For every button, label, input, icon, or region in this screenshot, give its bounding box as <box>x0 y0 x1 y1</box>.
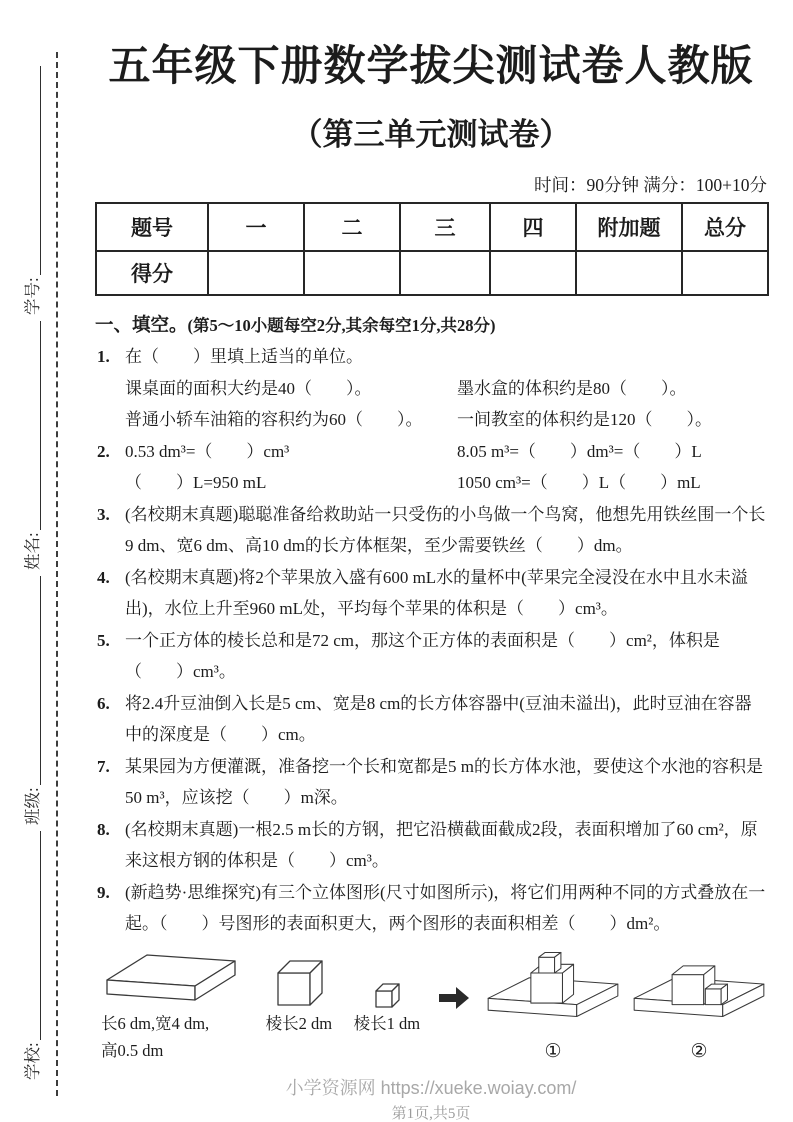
page-footer: 小学资源网 https://xueke.woiay.com/ 第1页,共5页 <box>95 1074 767 1122</box>
question-2-body: 0.53 dm³=（ ）cm³ 8.05 m³=（ ）dm³=（ ）L （ ）L… <box>125 436 767 499</box>
question-number: 9. <box>97 877 110 909</box>
question-8-text: (名校期末真题)一根2.5 m长的方钢，把它沿横截面截成2段，表面积增加了60 … <box>125 814 767 877</box>
paper-content: 五年级下册数学拔尖测试卷人教版 （第三单元测试卷） 时间：90分钟 满分：100… <box>95 0 767 1122</box>
question-1-line2: 课桌面的面积大约是40（ ）。 墨水盒的体积约是80（ ）。 <box>125 373 767 405</box>
arrow-block <box>439 984 471 1017</box>
stack-1-label: ① <box>485 1040 621 1063</box>
figure-stack-2-block: ② <box>631 946 767 1063</box>
name-label: 姓名: <box>19 532 44 570</box>
field-name: 姓名: <box>19 315 44 570</box>
question-number: 8. <box>97 814 110 846</box>
question-number: 5. <box>97 625 110 657</box>
exam-time-score-info: 时间：90分钟 满分：100+10分 <box>95 172 767 197</box>
cube-2dm-icon <box>274 956 324 1010</box>
score-table-header-row: 题号 一 二 三 四 附加题 总分 <box>96 203 768 251</box>
question-9: 9. (新趋势·思维探究)有三个立体图形(尺寸如图所示)，将它们用两种不同的方式… <box>95 877 767 940</box>
question-3-text: (名校期末真题)聪聪准备给救助站一只受伤的小鸟做一个鸟窝，他想先用铁丝围一个长9… <box>125 499 767 562</box>
question-5-text: 一个正方体的棱长总和是72 cm，那这个正方体的表面积是（ ）cm²，体积是（ … <box>125 625 767 688</box>
question-number: 1. <box>97 341 110 373</box>
section-1-heading: 一、填空。(第5～10小题每空2分,其余每空1分,共28分) <box>95 311 767 337</box>
cube-1dm-caption: 棱长1 dm <box>353 1010 421 1037</box>
student-info-fields: 学校: 班级: 姓名: 学号: <box>8 60 44 1080</box>
score-header-cell: 附加题 <box>576 203 682 251</box>
question-2-line1: 0.53 dm³=（ ）cm³ 8.05 m³=（ ）dm³=（ ）L <box>125 436 767 468</box>
question-6-text: 将2.4升豆油倒入长是5 cm、宽是8 cm的长方体容器中(豆油未溢出)，此时豆… <box>125 688 767 751</box>
page-number: 第1页,共5页 <box>95 1102 767 1122</box>
question-4-text: (名校期末真题)将2个苹果放入盛有600 mL水的量杯中(苹果完全浸没在水中且水… <box>125 562 767 625</box>
question-2-item-c: （ ）L=950 mL <box>125 467 457 499</box>
stack-arrangement-2-icon <box>631 946 767 1038</box>
page-subtitle: （第三单元测试卷） <box>95 109 767 154</box>
score-cell <box>576 251 682 295</box>
question-list: 1. 在（ ）里填上适当的单位。 课桌面的面积大约是40（ ）。 墨水盒的体积约… <box>95 341 767 940</box>
student-info-sidebar: 学校: 班级: 姓名: 学号: <box>0 0 62 1122</box>
question-number: 7. <box>97 751 110 783</box>
question-9-text: (新趋势·思维探究)有三个立体图形(尺寸如图所示)，将它们用两种不同的方式叠放在… <box>125 877 767 940</box>
score-header-cell: 题号 <box>96 203 208 251</box>
figure-cuboid-block: 长6 dm,宽4 dm, 高0.5 dm <box>101 946 241 1064</box>
field-class: 班级: <box>19 570 44 825</box>
score-table-score-row: 得分 <box>96 251 768 295</box>
question-number: 2. <box>97 436 110 468</box>
right-arrow-icon <box>439 984 471 1012</box>
dashed-cut-line <box>56 52 58 1096</box>
score-header-cell: 一 <box>208 203 304 251</box>
question-2: 2. 0.53 dm³=（ ）cm³ 8.05 m³=（ ）dm³=（ ）L （… <box>95 436 767 499</box>
question-5: 5. 一个正方体的棱长总和是72 cm，那这个正方体的表面积是（ ）cm²，体积… <box>95 625 767 688</box>
stack-arrangement-1-icon <box>485 946 621 1038</box>
cube-2dm-caption: 棱长2 dm <box>263 1010 335 1037</box>
question-2-item-d: 1050 cm³=（ ）L（ ）mL <box>457 467 701 499</box>
question-3: 3. (名校期末真题)聪聪准备给救助站一只受伤的小鸟做一个鸟窝，他想先用铁丝围一… <box>95 499 767 562</box>
student-number-blank-line <box>20 66 41 275</box>
cuboid-caption-line2: 高0.5 dm <box>101 1037 241 1064</box>
score-cell <box>304 251 400 295</box>
question-2-item-b: 8.05 m³=（ ）dm³=（ ）L <box>457 436 702 468</box>
question-number: 4. <box>97 562 110 594</box>
score-cell <box>208 251 304 295</box>
score-header-cell: 二 <box>304 203 400 251</box>
field-school: 学校: <box>19 825 44 1080</box>
school-label: 学校: <box>19 1042 44 1080</box>
question-1-body: 在（ ）里填上适当的单位。 课桌面的面积大约是40（ ）。 墨水盒的体积约是80… <box>125 341 767 436</box>
score-row-label: 得分 <box>96 251 208 295</box>
school-blank-line <box>20 831 41 1040</box>
class-label: 班级: <box>19 787 44 825</box>
stack-2-label: ② <box>631 1040 767 1063</box>
question-6: 6. 将2.4升豆油倒入长是5 cm、宽是8 cm的长方体容器中(豆油未溢出)，… <box>95 688 767 751</box>
field-student-number: 学号: <box>19 60 44 315</box>
figure-stack-1-block: ① <box>485 946 621 1063</box>
question-number: 6. <box>97 688 110 720</box>
name-blank-line <box>20 321 41 530</box>
page-title: 五年级下册数学拔尖测试卷人教版 <box>95 33 767 93</box>
class-blank-line <box>20 576 41 785</box>
question-1-line2b: 墨水盒的体积约是80（ ）。 <box>457 373 687 405</box>
section-1-title: 一、填空。 <box>95 316 188 336</box>
question-2-item-a: 0.53 dm³=（ ）cm³ <box>125 436 457 468</box>
section-1-note: (第5～10小题每空2分,其余每空1分,共28分) <box>188 316 496 335</box>
question-7: 7. 某果园为方便灌溉，准备挖一个长和宽都是5 m的长方体水池，要使这个水池的容… <box>95 751 767 814</box>
question-1: 1. 在（ ）里填上适当的单位。 课桌面的面积大约是40（ ）。 墨水盒的体积约… <box>95 341 767 436</box>
question-9-figure: 长6 dm,宽4 dm, 高0.5 dm 棱长2 dm 棱长 <box>95 946 767 1064</box>
cuboid-6x4x05-icon <box>101 948 241 1010</box>
figure-cube-2dm-block: 棱长2 dm <box>263 946 335 1037</box>
question-1-line3: 普通小轿车油箱的容积约为60（ ）。 一间教室的体积约是120（ ）。 <box>125 404 767 436</box>
question-1-line1: 在（ ）里填上适当的单位。 <box>125 341 767 373</box>
score-cell <box>400 251 490 295</box>
score-cell <box>682 251 768 295</box>
cuboid-caption-line1: 长6 dm,宽4 dm, <box>101 1010 241 1037</box>
question-1-line2a: 课桌面的面积大约是40（ ）。 <box>125 373 457 405</box>
figure-cube-1dm-block: 棱长1 dm <box>353 946 421 1037</box>
score-header-cell: 总分 <box>682 203 768 251</box>
cube-1dm-icon <box>373 980 401 1010</box>
question-8: 8. (名校期末真题)一根2.5 m长的方钢，把它沿横截面截成2段，表面积增加了… <box>95 814 767 877</box>
question-1-line3b: 一间教室的体积约是120（ ）。 <box>457 404 712 436</box>
question-number: 3. <box>97 499 110 531</box>
question-2-line2: （ ）L=950 mL 1050 cm³=（ ）L（ ）mL <box>125 467 767 499</box>
source-website: 小学资源网 https://xueke.woiay.com/ <box>95 1074 767 1100</box>
score-header-cell: 四 <box>490 203 576 251</box>
score-table: 题号 一 二 三 四 附加题 总分 得分 <box>95 202 769 296</box>
question-1-line3a: 普通小轿车油箱的容积约为60（ ）。 <box>125 404 457 436</box>
question-7-text: 某果园为方便灌溉，准备挖一个长和宽都是5 m的长方体水池，要使这个水池的容积是5… <box>125 751 767 814</box>
score-header-cell: 三 <box>400 203 490 251</box>
score-cell <box>490 251 576 295</box>
question-4: 4. (名校期末真题)将2个苹果放入盛有600 mL水的量杯中(苹果完全浸没在水… <box>95 562 767 625</box>
student-number-label: 学号: <box>19 277 44 315</box>
